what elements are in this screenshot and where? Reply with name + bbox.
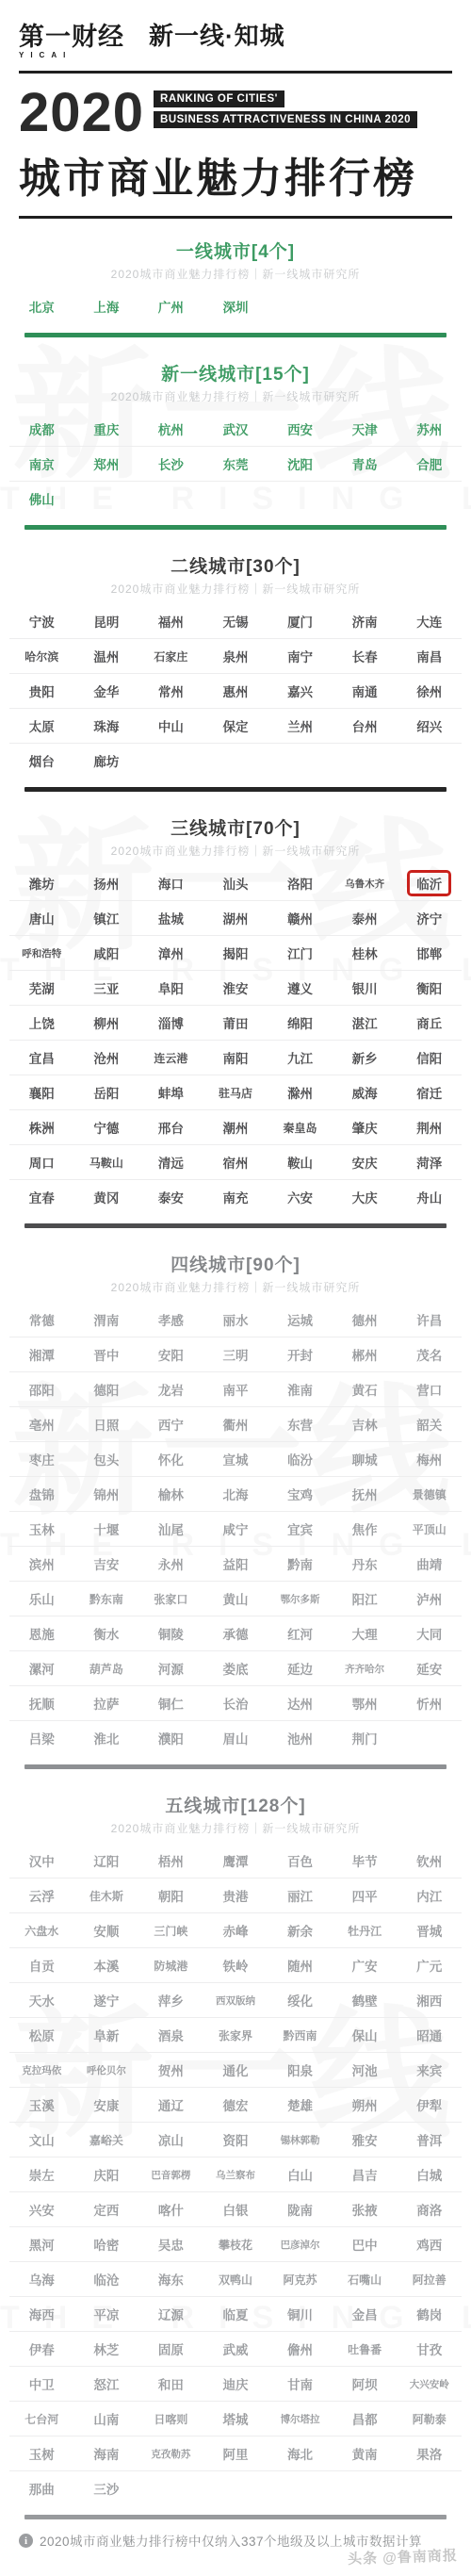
- city-cell: 武威: [203, 2332, 268, 2366]
- city-cell: 营口: [397, 1372, 462, 1406]
- city-row: 常德渭南孝感丽水运城德州许昌: [9, 1303, 462, 1337]
- city-cell: 保山: [333, 2018, 398, 2052]
- city-cell: 台州: [333, 709, 398, 743]
- city-cell: 延边: [268, 1651, 333, 1685]
- city-cell: 黄石: [333, 1372, 398, 1406]
- city-cell: 迪庆: [203, 2367, 268, 2401]
- yicai-logo-subtext: YICAI: [19, 52, 124, 59]
- city-cell: 湘潭: [9, 1337, 74, 1371]
- city-cell: 马鞍山: [74, 1145, 139, 1179]
- city-cell: 黄南: [333, 2437, 398, 2470]
- info-icon: i: [19, 2534, 33, 2548]
- city-row: 哈尔滨温州石家庄泉州南宁长春南昌: [9, 639, 462, 674]
- city-cell: 阿坝: [333, 2367, 398, 2401]
- city-cell: 随州: [268, 1948, 333, 1982]
- city-row: 南京郑州长沙东莞沈阳青岛合肥: [9, 447, 462, 482]
- city-cell: 郑州: [74, 447, 139, 481]
- city-cell: 青岛: [333, 447, 398, 481]
- city-cell: 博尔塔拉: [268, 2402, 333, 2436]
- city-cell: 淄博: [138, 1006, 203, 1040]
- city-cell: 遵义: [268, 971, 333, 1005]
- city-cell: 咸宁: [203, 1512, 268, 1546]
- city-cell: 南阳: [203, 1041, 268, 1075]
- section-tier-4: 四线城市[90个]2020城市商业魅力排行榜｜新一线城市研究所常德渭南孝感丽水运…: [0, 1232, 471, 1769]
- city-cell: 济南: [333, 604, 398, 638]
- city-cell: 滨州: [9, 1547, 74, 1581]
- city-cell: 儋州: [268, 2332, 333, 2366]
- city-cell: 呼伦贝尔: [74, 2053, 139, 2087]
- city-row: 枣庄包头怀化宣城临汾聊城梅州: [9, 1442, 462, 1477]
- city-cell: 聊城: [333, 1442, 398, 1476]
- city-cell: 克孜勒苏: [138, 2437, 203, 2470]
- city-cell: 银川: [333, 971, 398, 1005]
- city-cell: 葫芦岛: [74, 1651, 139, 1685]
- city-cell: 阿克苏: [268, 2262, 333, 2296]
- city-cell: 赣州: [268, 901, 333, 935]
- city-cell: 徐州: [397, 674, 462, 708]
- city-row: 自贡本溪防城港铁岭随州广安广元: [9, 1948, 462, 1983]
- city-cell: 汕头: [203, 866, 268, 900]
- section-tier-2: 二线城市[30个]2020城市商业魅力排行榜｜新一线城市研究所宁波昆明福州无锡厦…: [0, 533, 471, 792]
- city-cell: 玉林: [9, 1512, 74, 1546]
- city-cell: 四平: [333, 1879, 398, 1912]
- city-cell: 大兴安岭: [397, 2367, 462, 2401]
- city-cell: 固原: [138, 2332, 203, 2366]
- section-divider: [24, 525, 447, 530]
- city-cell: 黄冈: [74, 1180, 139, 1214]
- city-cell: 焦作: [333, 1512, 398, 1546]
- city-cell: 嘉峪关: [74, 2123, 139, 2157]
- city-cell: 益阳: [203, 1547, 268, 1581]
- city-cell: 滁州: [268, 1075, 333, 1109]
- city-cell: 嘉兴: [268, 674, 333, 708]
- city-row: 贵阳金华常州惠州嘉兴南通徐州: [9, 674, 462, 709]
- city-cell: 佳木斯: [74, 1879, 139, 1912]
- city-cell: 邢台: [138, 1110, 203, 1144]
- city-cell: 昆明: [74, 604, 139, 638]
- highlighted-city-box: 临沂: [407, 870, 451, 896]
- city-cell: 泸州: [397, 1582, 462, 1616]
- city-cell: 宝鸡: [268, 1477, 333, 1511]
- city-cell: 武汉: [203, 412, 268, 446]
- city-cell: 南通: [333, 674, 398, 708]
- city-cell: 贵港: [203, 1879, 268, 1912]
- city-cell: 自贡: [9, 1948, 74, 1982]
- city-cell: 眉山: [203, 1721, 268, 1755]
- section-subtitle: 2020城市商业魅力排行榜｜新一线城市研究所: [0, 266, 471, 282]
- city-cell: 郴州: [333, 1337, 398, 1371]
- city-cell: 荆门: [333, 1721, 398, 1755]
- city-cell: 海西: [9, 2297, 74, 2331]
- city-cell: 潍坊: [9, 866, 74, 900]
- city-cell: 昌都: [333, 2402, 398, 2436]
- city-cell: 福州: [138, 604, 203, 638]
- city-cell: 南昌: [397, 639, 462, 673]
- city-cell: 秦皇岛: [268, 1110, 333, 1144]
- city-cell: 毕节: [333, 1844, 398, 1878]
- city-cell: 百色: [268, 1844, 333, 1878]
- header-divider-top: [19, 71, 452, 74]
- city-cell: 绥化: [268, 1983, 333, 2017]
- city-cell: 鄂尔多斯: [268, 1582, 333, 1616]
- city-cell: 唐山: [9, 901, 74, 935]
- city-cell: 昌吉: [333, 2158, 398, 2191]
- city-cell: 西安: [268, 412, 333, 446]
- section-divider: [24, 333, 447, 337]
- city-cell: 东莞: [203, 447, 268, 481]
- city-cell: 南京: [9, 447, 74, 481]
- city-cell: 抚州: [333, 1477, 398, 1511]
- city-row: 玉林十堰汕尾咸宁宜宾焦作平顶山: [9, 1512, 462, 1547]
- city-row: 宜春黄冈泰安南充六安大庆舟山: [9, 1180, 462, 1214]
- city-cell: 河源: [138, 1651, 203, 1685]
- city-cell: 廊坊: [74, 744, 139, 778]
- city-cell: 三明: [203, 1337, 268, 1371]
- header: 第一财经 YICAI 新一线·知城 2020 RANKING OF CITIES…: [0, 0, 471, 219]
- city-cell: 江门: [268, 936, 333, 970]
- city-cell: 临沂: [397, 866, 462, 900]
- city-cell: 那曲: [9, 2471, 74, 2505]
- city-cell: 镇江: [74, 901, 139, 935]
- city-row: 伊春林芝固原武威儋州吐鲁番甘孜: [9, 2332, 462, 2367]
- city-cell: 衢州: [203, 1407, 268, 1441]
- city-cell: 天津: [333, 412, 398, 446]
- city-cell: 海东: [138, 2262, 203, 2296]
- city-cell: 榆林: [138, 1477, 203, 1511]
- city-cell: 威海: [333, 1075, 398, 1109]
- section-tier-5: 五线城市[128个]2020城市商业魅力排行榜｜新一线城市研究所汉中辽阳梧州鹰潭…: [0, 1773, 471, 2519]
- city-cell: 襄阳: [9, 1075, 74, 1109]
- city-cell: 玉树: [9, 2437, 74, 2470]
- city-row: 海西平凉辽源临夏铜川金昌鹤岗: [9, 2297, 462, 2332]
- city-cell: 铜陵: [138, 1616, 203, 1650]
- city-row: 太原珠海中山保定兰州台州绍兴: [9, 709, 462, 744]
- infographic-page: 新一线 THE RISING LAB 新一线 THE RISING LAB 新一…: [0, 0, 471, 2551]
- city-row: 株洲宁德邢台潮州秦皇岛肇庆荆州: [9, 1110, 462, 1145]
- city-row: 唐山镇江盐城湖州赣州泰州济宁: [9, 901, 462, 936]
- city-cell: 日喀则: [138, 2402, 203, 2436]
- city-cell: 六盘水: [9, 1913, 74, 1947]
- city-cell: 阜阳: [138, 971, 203, 1005]
- city-cell: 凉山: [138, 2123, 203, 2157]
- city-cell: 钦州: [397, 1844, 462, 1878]
- city-row: 呼和浩特咸阳漳州揭阳江门桂林邯郸: [9, 936, 462, 971]
- rising-lab-logo: 新一线·知城: [149, 17, 285, 59]
- city-cell: 晋中: [74, 1337, 139, 1371]
- section-tier-3: 三线城市[70个]2020城市商业魅力排行榜｜新一线城市研究所潍坊扬州海口汕头洛…: [0, 796, 471, 1228]
- city-cell: 白山: [268, 2158, 333, 2191]
- city-cell: 延安: [397, 1651, 462, 1685]
- city-cell: 黔西南: [268, 2018, 333, 2052]
- city-cell: 潮州: [203, 1110, 268, 1144]
- city-cell: 萍乡: [138, 1983, 203, 2017]
- section-title: 三线城市[70个]: [0, 814, 471, 840]
- section-subtitle: 2020城市商业魅力排行榜｜新一线城市研究所: [0, 1820, 471, 1836]
- city-cell: 赤峰: [203, 1913, 268, 1947]
- city-cell: 大同: [397, 1616, 462, 1650]
- city-cell: 南平: [203, 1372, 268, 1406]
- city-grid: 成都重庆杭州武汉西安天津苏州南京郑州长沙东莞沈阳青岛合肥佛山: [0, 412, 471, 516]
- city-cell: 资阳: [203, 2123, 268, 2157]
- city-cell: 玉溪: [9, 2088, 74, 2122]
- city-cell: 平凉: [74, 2297, 139, 2331]
- city-row: 汉中辽阳梧州鹰潭百色毕节钦州: [9, 1844, 462, 1879]
- city-cell: 楚雄: [268, 2088, 333, 2122]
- city-cell: 双鸭山: [203, 2262, 268, 2296]
- city-row: 玉溪安康通辽德宏楚雄朔州伊犁: [9, 2088, 462, 2123]
- city-cell: 西宁: [138, 1407, 203, 1441]
- city-cell: 韶关: [397, 1407, 462, 1441]
- city-cell: 黑河: [9, 2227, 74, 2261]
- city-row: 潍坊扬州海口汕头洛阳乌鲁木齐临沂: [9, 866, 462, 901]
- city-cell: 伊春: [9, 2332, 74, 2366]
- city-row: 乐山黔东南张家口黄山鄂尔多斯阳江泸州: [9, 1582, 462, 1616]
- city-cell: 烟台: [9, 744, 74, 778]
- city-row: 兴安定西喀什白银陇南张掖商洛: [9, 2192, 462, 2227]
- city-cell: 宣城: [203, 1442, 268, 1476]
- city-cell: 金昌: [333, 2297, 398, 2331]
- city-cell: 巴音郭楞: [138, 2158, 203, 2191]
- city-cell: 通辽: [138, 2088, 203, 2122]
- city-cell: 九江: [268, 1041, 333, 1075]
- city-cell: 怒江: [74, 2367, 139, 2401]
- city-cell: 湖州: [203, 901, 268, 935]
- section-subtitle: 2020城市商业魅力排行榜｜新一线城市研究所: [0, 581, 471, 597]
- city-row: 佛山: [9, 482, 462, 516]
- year-row: 2020 RANKING OF CITIES' BUSINESS ATTRACT…: [19, 87, 452, 139]
- city-cell: 朔州: [333, 2088, 398, 2122]
- city-cell: 锦州: [74, 1477, 139, 1511]
- city-cell: 曲靖: [397, 1547, 462, 1581]
- city-cell: 湛江: [333, 1006, 398, 1040]
- city-cell: 洛阳: [268, 866, 333, 900]
- city-cell: 大庆: [333, 1180, 398, 1214]
- city-cell: 六安: [268, 1180, 333, 1214]
- city-cell: 阿拉善: [397, 2262, 462, 2296]
- city-row: 恩施衡水铜陵承德红河大理大同: [9, 1616, 462, 1651]
- city-cell: 安阳: [138, 1337, 203, 1371]
- city-cell: 三亚: [74, 971, 139, 1005]
- city-cell: 宿州: [203, 1145, 268, 1179]
- city-cell: 新余: [268, 1913, 333, 1947]
- city-cell: 枣庄: [9, 1442, 74, 1476]
- english-badges: RANKING OF CITIES' BUSINESS ATTRACTIVENE…: [154, 87, 417, 128]
- city-cell: 肇庆: [333, 1110, 398, 1144]
- city-cell: 酒泉: [138, 2018, 203, 2052]
- city-cell: 阳江: [333, 1582, 398, 1616]
- city-cell: 宜昌: [9, 1041, 74, 1075]
- city-cell: 鄂州: [333, 1686, 398, 1720]
- city-cell: 邯郸: [397, 936, 462, 970]
- city-row: 湘潭晋中安阳三明开封郴州茂名: [9, 1337, 462, 1372]
- city-cell: 恩施: [9, 1616, 74, 1650]
- section-title: 新一线城市[15个]: [0, 360, 471, 386]
- section-divider: [24, 2515, 447, 2519]
- city-cell: 十堰: [74, 1512, 139, 1546]
- city-cell: 湘西: [397, 1983, 462, 2017]
- city-row: 那曲三沙: [9, 2471, 462, 2505]
- city-cell: 吴忠: [138, 2227, 203, 2261]
- city-cell: 柳州: [74, 1006, 139, 1040]
- city-cell: 梧州: [138, 1844, 203, 1878]
- city-cell: 漯河: [9, 1651, 74, 1685]
- city-cell: 沧州: [74, 1041, 139, 1075]
- yicai-logo: 第一财经 YICAI: [19, 25, 124, 59]
- city-cell: 雅安: [333, 2123, 398, 2157]
- city-cell: 伊犁: [397, 2088, 462, 2122]
- city-cell: 包头: [74, 1442, 139, 1476]
- city-cell: 承德: [203, 1616, 268, 1650]
- city-row: 宜昌沧州连云港南阳九江新乡信阳: [9, 1041, 462, 1075]
- city-row: 乌海临沧海东双鸭山阿克苏石嘴山阿拉善: [9, 2262, 462, 2297]
- city-cell: 株洲: [9, 1110, 74, 1144]
- city-cell: 漳州: [138, 936, 203, 970]
- city-row: 滨州吉安永州益阳黔南丹东曲靖: [9, 1547, 462, 1582]
- city-cell: 扬州: [74, 866, 139, 900]
- city-cell: 信阳: [397, 1041, 462, 1075]
- city-cell: 濮阳: [138, 1721, 203, 1755]
- city-cell: 渭南: [74, 1303, 139, 1337]
- city-cell: 广元: [397, 1948, 462, 1982]
- city-cell: 果洛: [397, 2437, 462, 2470]
- city-cell: 白城: [397, 2158, 462, 2191]
- city-cell: 丽水: [203, 1303, 268, 1337]
- city-row: 宁波昆明福州无锡厦门济南大连: [9, 604, 462, 639]
- city-cell: 保定: [203, 709, 268, 743]
- city-row: 成都重庆杭州武汉西安天津苏州: [9, 412, 462, 447]
- city-cell: 咸阳: [74, 936, 139, 970]
- city-cell: 淮南: [268, 1372, 333, 1406]
- city-cell: 定西: [74, 2192, 139, 2226]
- city-cell: 乌兰察布: [203, 2158, 268, 2191]
- city-cell: 芜湖: [9, 971, 74, 1005]
- section-tier-1: 一线城市[4个]2020城市商业魅力排行榜｜新一线城市研究所北京上海广州深圳: [0, 219, 471, 337]
- city-cell: 庆阳: [74, 2158, 139, 2191]
- city-cell: 铁岭: [203, 1948, 268, 1982]
- city-cell: 内江: [397, 1879, 462, 1912]
- city-cell: 泉州: [203, 639, 268, 673]
- city-cell: 重庆: [74, 412, 139, 446]
- section-subtitle: 2020城市商业魅力排行榜｜新一线城市研究所: [0, 388, 471, 404]
- city-cell: 厦门: [268, 604, 333, 638]
- city-cell: 巴彦淖尔: [268, 2227, 333, 2261]
- city-cell: 沈阳: [268, 447, 333, 481]
- city-cell: 宜春: [9, 1180, 74, 1214]
- city-cell: 桂林: [333, 936, 398, 970]
- city-cell: 平顶山: [397, 1512, 462, 1546]
- city-cell: 西双版纳: [203, 1983, 268, 2017]
- city-cell: 合肥: [397, 447, 462, 481]
- city-grid: 汉中辽阳梧州鹰潭百色毕节钦州云浮佳木斯朝阳贵港丽江四平内江六盘水安顺三门峡赤峰新…: [0, 1844, 471, 2505]
- city-cell: 东营: [268, 1407, 333, 1441]
- city-cell: 石嘴山: [333, 2262, 398, 2296]
- city-cell: 晋城: [397, 1913, 462, 1947]
- city-cell: 三门峡: [138, 1913, 203, 1947]
- city-cell: 鹤岗: [397, 2297, 462, 2331]
- city-cell: 长沙: [138, 447, 203, 481]
- city-cell: 锡林郭勒: [268, 2123, 333, 2157]
- publisher-watermark: 头条 @鲁南商报: [348, 2545, 458, 2568]
- section-divider: [24, 787, 447, 792]
- city-row: 周口马鞍山清远宿州鞍山安庆菏泽: [9, 1145, 462, 1180]
- city-cell: 中山: [138, 709, 203, 743]
- city-cell: 鹤壁: [333, 1983, 398, 2017]
- section-tier-new-1: 新一线城市[15个]2020城市商业魅力排行榜｜新一线城市研究所成都重庆杭州武汉…: [0, 341, 471, 530]
- city-cell: 长春: [333, 639, 398, 673]
- city-cell: 惠州: [203, 674, 268, 708]
- city-cell: 安庆: [333, 1145, 398, 1179]
- city-row: 天水遂宁萍乡西双版纳绥化鹤壁湘西: [9, 1983, 462, 2018]
- city-cell: 阳泉: [268, 2053, 333, 2087]
- city-cell: 本溪: [74, 1948, 139, 1982]
- city-cell: 临夏: [203, 2297, 268, 2331]
- city-cell: 常德: [9, 1303, 74, 1337]
- city-cell: 鸡西: [397, 2227, 462, 2261]
- city-cell: 海南: [74, 2437, 139, 2470]
- city-cell: 岳阳: [74, 1075, 139, 1109]
- city-cell: 南宁: [268, 639, 333, 673]
- city-cell: 广州: [138, 289, 203, 323]
- city-cell: 七台河: [9, 2402, 74, 2436]
- city-cell: 阿勒泰: [397, 2402, 462, 2436]
- city-cell: 塔城: [203, 2402, 268, 2436]
- city-cell: 常州: [138, 674, 203, 708]
- city-cell: 北海: [203, 1477, 268, 1511]
- city-cell: 拉萨: [74, 1686, 139, 1720]
- city-cell: 铜川: [268, 2297, 333, 2331]
- city-cell: 绵阳: [268, 1006, 333, 1040]
- city-grid: 潍坊扬州海口汕头洛阳乌鲁木齐临沂唐山镇江盐城湖州赣州泰州济宁呼和浩特咸阳漳州揭阳…: [0, 866, 471, 1214]
- city-cell: 永州: [138, 1547, 203, 1581]
- city-cell: 德宏: [203, 2088, 268, 2122]
- city-cell: 日照: [74, 1407, 139, 1441]
- section-divider: [24, 1764, 447, 1769]
- city-cell: 甘南: [268, 2367, 333, 2401]
- city-cell: 吕梁: [9, 1721, 74, 1755]
- yicai-logo-text: 第一财经: [19, 25, 124, 50]
- city-cell: 海北: [268, 2437, 333, 2470]
- city-cell: 林芝: [74, 2332, 139, 2366]
- city-cell: 忻州: [397, 1686, 462, 1720]
- city-cell: 杭州: [138, 412, 203, 446]
- city-cell: 朝阳: [138, 1879, 203, 1912]
- city-cell: 克拉玛依: [9, 2053, 74, 2087]
- city-cell: 商洛: [397, 2192, 462, 2226]
- city-cell: 临沧: [74, 2262, 139, 2296]
- logo-row: 第一财经 YICAI 新一线·知城: [19, 17, 452, 59]
- badge-line-2: BUSINESS ATTRACTIVENESS IN CHINA 2020: [154, 111, 417, 128]
- city-cell: 上海: [74, 289, 139, 323]
- city-cell: 泰州: [333, 901, 398, 935]
- city-cell: 崇左: [9, 2158, 74, 2191]
- city-cell: 吉安: [74, 1547, 139, 1581]
- city-cell: 汉中: [9, 1844, 74, 1878]
- city-cell: 泰安: [138, 1180, 203, 1214]
- city-cell: 莆田: [203, 1006, 268, 1040]
- city-cell: 运城: [268, 1303, 333, 1337]
- city-cell: 贺州: [138, 2053, 203, 2087]
- city-cell: 中卫: [9, 2367, 74, 2401]
- city-cell: 吐鲁番: [333, 2332, 398, 2366]
- city-cell: 舟山: [397, 1180, 462, 1214]
- city-cell: 达州: [268, 1686, 333, 1720]
- city-cell: 黄山: [203, 1582, 268, 1616]
- city-cell: 许昌: [397, 1303, 462, 1337]
- city-cell: 三沙: [74, 2471, 139, 2505]
- city-cell: 苏州: [397, 412, 462, 446]
- city-cell: 连云港: [138, 1041, 203, 1075]
- city-row: 中卫怒江和田迪庆甘南阿坝大兴安岭: [9, 2367, 462, 2402]
